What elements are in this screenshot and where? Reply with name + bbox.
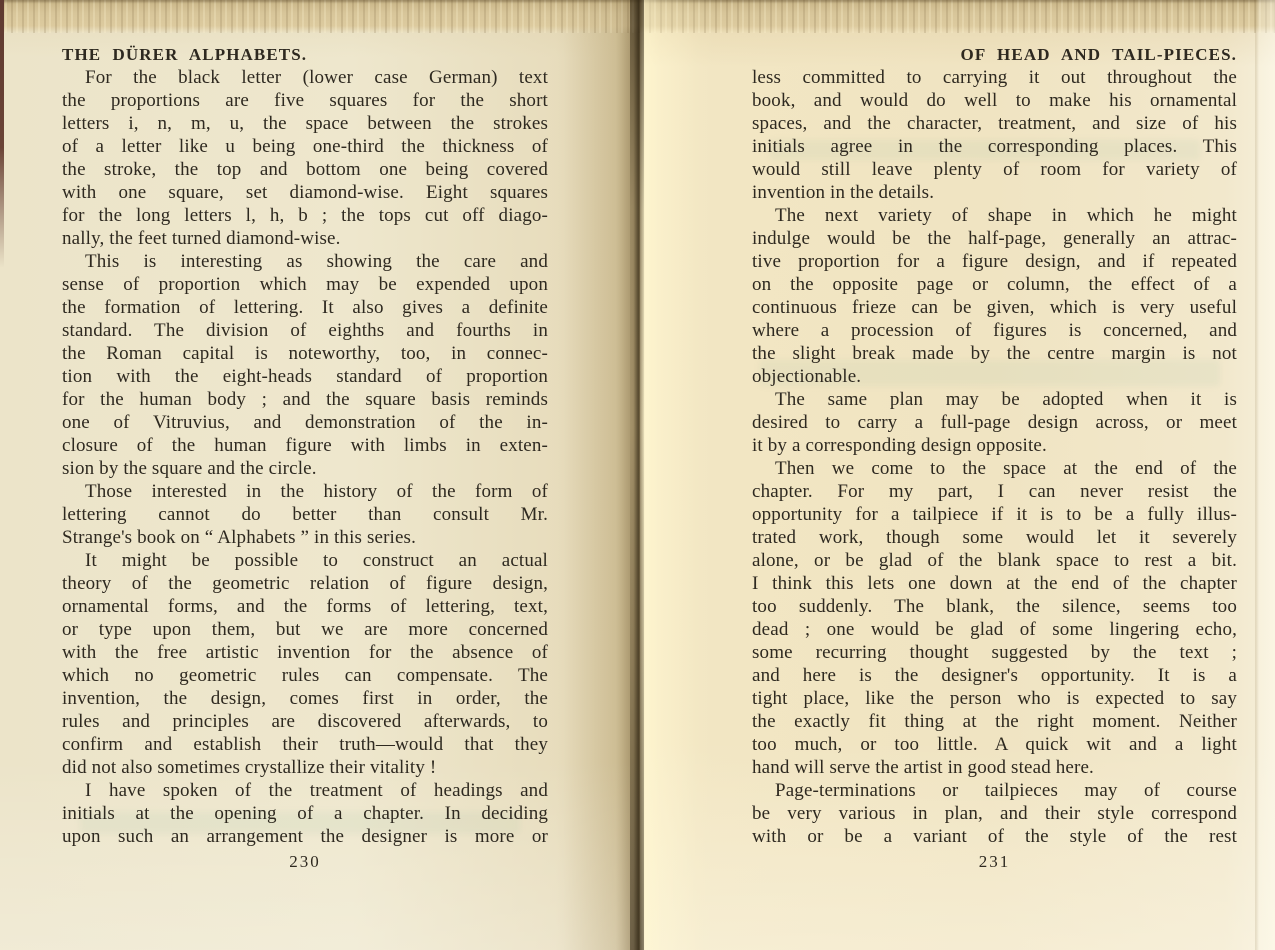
- text-line: it by a corresponding design opposite.: [752, 434, 1237, 457]
- text-line: where a procession of figures is concern…: [752, 319, 1237, 342]
- text-line: on the opposite page or column, the effe…: [752, 273, 1237, 296]
- text-line: Those interested in the history of the f…: [62, 480, 548, 503]
- text-line: which no geometric rules can compensate.…: [62, 664, 548, 687]
- text-line: The next variety of shape in which he mi…: [752, 204, 1237, 227]
- text-line: theory of the geometric relation of figu…: [62, 572, 548, 595]
- text-line: with one square, set diamond-wise. Eight…: [62, 181, 548, 204]
- text-line: rules and principles are discovered afte…: [62, 710, 548, 733]
- text-line: closure of the human figure with limbs i…: [62, 434, 548, 457]
- text-line: standard. The division of eighths and fo…: [62, 319, 548, 342]
- text-line: For the black letter (lower case German)…: [62, 66, 548, 89]
- left-page-number: 230: [62, 851, 548, 873]
- top-page-edges: [0, 0, 1275, 33]
- text-line: initials at the opening of a chapter. In…: [62, 802, 548, 825]
- paragraph: It might be possible to construct an act…: [62, 549, 548, 779]
- text-line: letters i, n, m, u, the space between th…: [62, 112, 548, 135]
- text-line: some recurring thought suggested by the …: [752, 641, 1237, 664]
- text-line: the Roman capital is noteworthy, too, in…: [62, 342, 548, 365]
- text-line: the slight break made by the centre marg…: [752, 342, 1237, 365]
- text-line: continuous frieze can be given, which is…: [752, 296, 1237, 319]
- right-page-edge: [1255, 0, 1275, 950]
- right-page-text-column: OF HEAD AND TAIL-PIECES. less committed …: [752, 43, 1237, 848]
- paragraph: less committed to carrying it out throug…: [752, 66, 1237, 204]
- text-line: or type upon them, but we are more conce…: [62, 618, 548, 641]
- paragraph: Page-terminations or tailpieces may of c…: [752, 779, 1237, 848]
- text-line: dead ; one would be glad of some lingeri…: [752, 618, 1237, 641]
- paragraph: For the black letter (lower case German)…: [62, 66, 548, 250]
- text-line: I think this lets one down at the end of…: [752, 572, 1237, 595]
- text-line: Page-terminations or tailpieces may of c…: [752, 779, 1237, 802]
- text-line: be very various in plan, and their style…: [752, 802, 1237, 825]
- left-running-head: THE DÜRER ALPHABETS.: [62, 43, 548, 66]
- text-line: It might be possible to construct an act…: [62, 549, 548, 572]
- text-line: tion with the eight-heads standard of pr…: [62, 365, 548, 388]
- text-line: invention, the design, comes first in or…: [62, 687, 548, 710]
- text-line: too much, or too little. A quick wit and…: [752, 733, 1237, 756]
- text-line: of a letter like u being one-third the t…: [62, 135, 548, 158]
- text-line: tight place, like the person who is expe…: [752, 687, 1237, 710]
- text-line: did not also sometimes crystallize their…: [62, 756, 548, 779]
- cover-edge-sliver: [0, 0, 4, 268]
- paragraph: The same plan may be adopted when it isd…: [752, 388, 1237, 457]
- text-line: one of Vitruvius, and demonstration of t…: [62, 411, 548, 434]
- paragraph: I have spoken of the treatment of headin…: [62, 779, 548, 848]
- text-line: and here is the designer's opportunity. …: [752, 664, 1237, 687]
- text-line: for the human body ; and the square basi…: [62, 388, 548, 411]
- paragraph: Then we come to the space at the end of …: [752, 457, 1237, 779]
- text-line: upon such an arrangement the designer is…: [62, 825, 548, 848]
- text-line: sion by the square and the circle.: [62, 457, 548, 480]
- text-line: ornamental forms, and the forms of lette…: [62, 595, 548, 618]
- right-page-number: 231: [752, 851, 1237, 873]
- text-line: initials agree in the corresponding plac…: [752, 135, 1237, 158]
- text-line: with the free artistic invention for the…: [62, 641, 548, 664]
- text-line: This is interesting as showing the care …: [62, 250, 548, 273]
- paragraph: This is interesting as showing the care …: [62, 250, 548, 480]
- text-line: chapter. For my part, I can never resist…: [752, 480, 1237, 503]
- text-line: objectionable.: [752, 365, 1237, 388]
- left-page-body: For the black letter (lower case German)…: [62, 66, 548, 848]
- left-page-text-column: THE DÜRER ALPHABETS. For the black lette…: [62, 43, 548, 848]
- text-line: The same plan may be adopted when it is: [752, 388, 1237, 411]
- text-line: the stroke, the top and bottom one being…: [62, 158, 548, 181]
- text-line: sense of proportion which may be expende…: [62, 273, 548, 296]
- text-line: opportunity for a tailpiece if it is to …: [752, 503, 1237, 526]
- text-line: book, and would do well to make his orna…: [752, 89, 1237, 112]
- text-line: desired to carry a full-page design acro…: [752, 411, 1237, 434]
- text-line: nally, the feet turned diamond-wise.: [62, 227, 548, 250]
- paragraph: Those interested in the history of the f…: [62, 480, 548, 549]
- text-line: the proportions are five squares for the…: [62, 89, 548, 112]
- text-line: indulge would be the half-page, generall…: [752, 227, 1237, 250]
- text-line: trated work, though some would let it se…: [752, 526, 1237, 549]
- right-page-body: less committed to carrying it out throug…: [752, 66, 1237, 848]
- text-line: alone, or be glad of the blank space to …: [752, 549, 1237, 572]
- text-line: for the long letters l, h, b ; the tops …: [62, 204, 548, 227]
- text-line: too suddenly. The blank, the silence, se…: [752, 595, 1237, 618]
- text-line: would still leave plenty of room for var…: [752, 158, 1237, 181]
- right-running-head: OF HEAD AND TAIL-PIECES.: [752, 43, 1237, 66]
- text-line: spaces, and the character, treatment, an…: [752, 112, 1237, 135]
- text-line: confirm and establish their truth—would …: [62, 733, 548, 756]
- text-line: Strange's book on “ Alphabets ” in this …: [62, 526, 548, 549]
- text-line: with or be a variant of the style of the…: [752, 825, 1237, 848]
- text-line: tive proportion for a figure design, and…: [752, 250, 1237, 273]
- text-line: less committed to carrying it out throug…: [752, 66, 1237, 89]
- book-scan: THE DÜRER ALPHABETS. For the black lette…: [0, 0, 1275, 950]
- text-line: hand will serve the artist in good stead…: [752, 756, 1237, 779]
- text-line: lettering cannot do better than consult …: [62, 503, 548, 526]
- text-line: the exactly fit thing at the right momen…: [752, 710, 1237, 733]
- text-line: the formation of lettering. It also give…: [62, 296, 548, 319]
- text-line: invention in the details.: [752, 181, 1237, 204]
- text-line: I have spoken of the treatment of headin…: [62, 779, 548, 802]
- paragraph: The next variety of shape in which he mi…: [752, 204, 1237, 388]
- text-line: Then we come to the space at the end of …: [752, 457, 1237, 480]
